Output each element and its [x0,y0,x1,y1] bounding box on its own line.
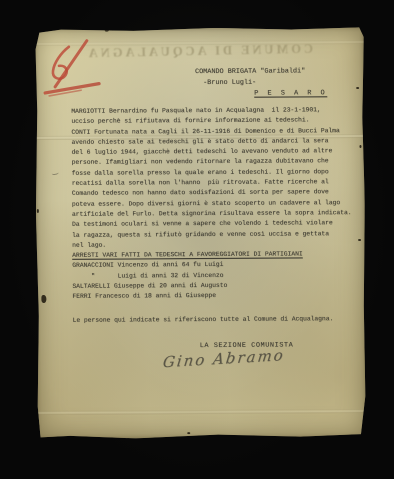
document-page: COMUNE DI ACQUALAGNA 6/ COMANDO BRIGATA … [35,27,366,439]
paper-speck [358,239,361,241]
document-line: FERRI Francesco di 18 anni di Giuseppe [72,290,360,302]
letterhead-command: COMANDO BRIGATA "Garibaldi" [195,67,305,76]
fold-crease [37,409,366,415]
arrests-list: GRANACCIONI Vincenzo di anni 64 fu Luigi… [72,259,360,302]
letterhead-city: P E S A R O [254,89,327,97]
paper-tear [41,295,46,303]
paper-speck [105,30,109,32]
letterhead-brigade-name: -Bruno Lugli- [203,78,256,86]
red-pencil-mark-label: 6/ [35,29,36,30]
document-body: MARGIOTTI Bernardino fu Pasquale nato in… [71,105,360,302]
paper-speck [187,432,190,434]
pencil-checkmark [51,170,59,175]
paper-speck [37,209,39,213]
paper-speck [359,145,361,148]
body-paragraph: MARGIOTTI Bernardino fu Pasquale nato in… [71,105,360,251]
closing-line: Le persone qui indicate si riferiscono t… [73,315,334,324]
red-pencil-mark [41,37,111,99]
paper-speck [356,87,359,89]
photo-background: COMUNE DI ACQUALAGNA 6/ COMANDO BRIGATA … [0,0,394,479]
document-line: la ragazza, questa si rifiutò gridando e… [72,229,360,241]
